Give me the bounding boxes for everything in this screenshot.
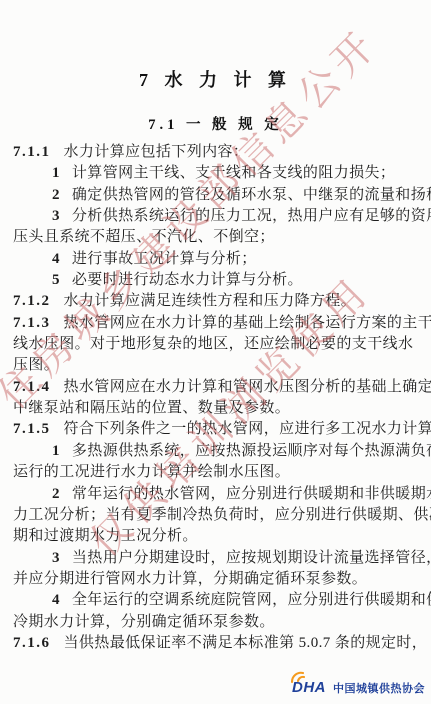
item-line: 1计算管网主干线、支干线和各支线的阻力损失； <box>13 163 417 184</box>
clause-line: 7.1.6当供热最低保证率不满足本标准第 5.0.7 条的规定时， <box>13 633 417 654</box>
item-line: 2确定供热管网的管径及循环水泵、中继泵的流量和扬程； <box>13 185 417 206</box>
paragraph-number: 2 <box>52 187 60 203</box>
paragraph-number: 7.1.4 <box>13 379 51 395</box>
association-logo: DHA 中国城镇供热协会 <box>292 679 425 697</box>
document-page: 7 水 力 计 算 7.1 一 般 规 定 7.1.1水力计算应包括下列内容：1… <box>0 0 431 704</box>
paragraph-text: 全年运行的空调系统庭院管网，应分别进行供暖期和供 <box>72 592 431 608</box>
item-line: 2常年运行的热水管网，应分别进行供暖期和非供暖期水 <box>13 484 417 505</box>
item-line: 5必要时进行动态水力计算与分析。 <box>13 270 417 291</box>
item-line: 3当热用户分期建设时，应按规划期设计流量选择管径， <box>13 548 417 569</box>
paragraph-text: 进行事故工况计算与分析； <box>72 251 257 267</box>
paragraph-number: 4 <box>52 592 60 608</box>
item-line: 1多热源供热系统，应按热源投运顺序对每个热源满负荷 <box>13 441 417 462</box>
item-line: 4全年运行的空调系统庭院管网，应分别进行供暖期和供 <box>13 590 417 611</box>
paragraph-text: 水力计算应包括下列内容： <box>64 144 249 160</box>
section-title: 7.1 一 般 规 定 <box>0 113 431 134</box>
paragraph-number: 7.1.3 <box>13 315 51 331</box>
paragraph-text: 热水管网应在水力计算的基础上绘制各运行方案的主干 <box>64 315 431 331</box>
continuation-line: 冷期水力计算，分别确定循环泵参数。 <box>13 612 417 633</box>
continuation-line: 运行的工况进行水力计算并绘制水压图。 <box>13 462 417 483</box>
paragraph-text: 符合下列条件之一的热水管网，应进行多工况水力计算： <box>64 421 431 437</box>
item-line: 3分析供热系统运行的压力工况，热用户应有足够的资用 <box>13 206 417 227</box>
clause-line: 7.1.2水力计算应满足连续性方程和压力降方程。 <box>13 291 417 312</box>
paragraph-number: 3 <box>52 550 60 566</box>
paragraph-text: 热水管网应在水力计算和管网水压图分析的基础上确定 <box>64 379 431 395</box>
clause-line: 7.1.5符合下列条件之一的热水管网，应进行多工况水力计算： <box>13 419 417 440</box>
item-line: 4进行事故工况计算与分析； <box>13 249 417 270</box>
paragraph-number: 7.1.5 <box>13 421 51 437</box>
continuation-line: 并应分期进行管网水力计算，分期确定循环泵参数。 <box>13 569 417 590</box>
paragraph-text: 当供热最低保证率不满足本标准第 5.0.7 条的规定时， <box>64 635 428 651</box>
paragraph-number: 4 <box>52 251 60 267</box>
document-body: 7.1.1水力计算应包括下列内容：1计算管网主干线、支干线和各支线的阻力损失；2… <box>13 142 417 654</box>
dha-logo-mark: DHA <box>292 679 326 697</box>
paragraph-text: 水力计算应满足连续性方程和压力降方程。 <box>64 293 357 309</box>
continuation-line: 线水压图。对于地形复杂的地区，还应绘制必要的支干线水 <box>13 334 417 355</box>
paragraph-number: 7.1.6 <box>13 635 51 651</box>
clause-line: 7.1.1水力计算应包括下列内容： <box>13 142 417 163</box>
paragraph-number: 2 <box>52 486 60 502</box>
paragraph-text: 当热用户分期建设时，应按规划期设计流量选择管径， <box>72 550 431 566</box>
clause-line: 7.1.4热水管网应在水力计算和管网水压图分析的基础上确定 <box>13 377 417 398</box>
paragraph-text: 多热源供热系统，应按热源投运顺序对每个热源满负荷 <box>72 443 431 459</box>
paragraph-number: 1 <box>52 165 60 181</box>
association-name: 中国城镇供热协会 <box>333 680 425 696</box>
continuation-line: 压头且系统不超压、不汽化、不倒空； <box>13 227 417 248</box>
continuation-line: 期和过渡期水力工况分析。 <box>13 526 417 547</box>
paragraph-text: 必要时进行动态水力计算与分析。 <box>72 272 303 288</box>
continuation-line: 中继泵站和隔压站的位置、数量及参数。 <box>13 398 417 419</box>
paragraph-number: 5 <box>52 272 60 288</box>
paragraph-number: 1 <box>52 443 60 459</box>
continuation-line: 力工况分析；当有夏季制冷热负荷时，应分别进行供暖期、供冷 <box>13 505 417 526</box>
continuation-line: 压图。 <box>13 355 417 376</box>
paragraph-number: 7.1.1 <box>13 144 51 160</box>
clause-line: 7.1.3热水管网应在水力计算的基础上绘制各运行方案的主干 <box>13 313 417 334</box>
paragraph-text: 分析供热系统运行的压力工况，热用户应有足够的资用 <box>72 208 431 224</box>
paragraph-text: 常年运行的热水管网，应分别进行供暖期和非供暖期水 <box>72 486 431 502</box>
dha-swoosh-icon <box>289 670 311 684</box>
paragraph-text: 计算管网主干线、支干线和各支线的阻力损失； <box>72 165 395 181</box>
paragraph-text: 确定供热管网的管径及循环水泵、中继泵的流量和扬程； <box>72 187 431 203</box>
paragraph-number: 7.1.2 <box>13 293 51 309</box>
chapter-title: 7 水 力 计 算 <box>0 66 431 92</box>
paragraph-number: 3 <box>52 208 60 224</box>
